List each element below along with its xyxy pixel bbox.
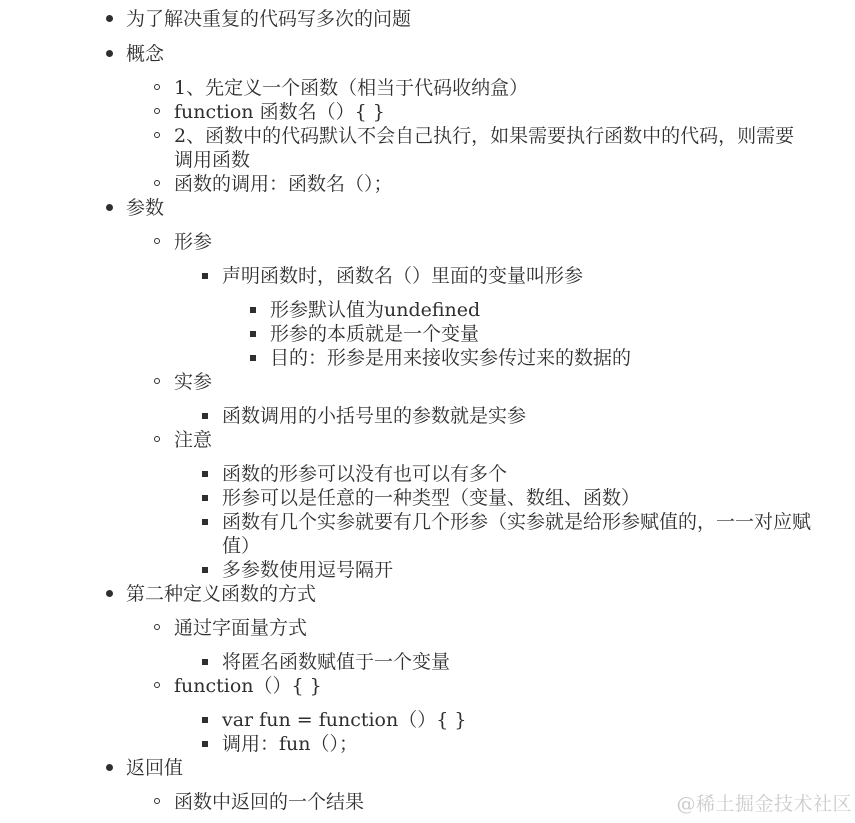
outline-item-text: 多参数使用逗号隔开: [222, 559, 393, 581]
outline-item: 调用：fun（）；: [222, 732, 813, 756]
square-bullet-icon: [250, 331, 256, 337]
square-bullet-icon: [250, 307, 256, 313]
outline-item-text: 概念: [126, 43, 164, 65]
square-bullet-icon: [202, 495, 208, 501]
outline-item-text: 函数有几个实参就要有几个形参（实参就是给形参赋值的，一一对应赋值）: [222, 511, 811, 557]
outline-item-text: 形参的本质就是一个变量: [270, 323, 479, 345]
outline-sublist: 将匿名函数赋值于一个变量: [222, 650, 813, 674]
outline-item: function（）{ } var fun = function（）{ } 调用…: [174, 674, 813, 756]
square-bullet-icon: [202, 567, 208, 573]
outline-item-text: 函数的形参可以没有也可以有多个: [222, 463, 507, 485]
outline-sublist: var fun = function（）{ } 调用：fun（）；: [222, 708, 813, 756]
outline-item-text: function 函数名（）{ }: [174, 101, 385, 123]
circle-bullet-icon: [154, 238, 160, 244]
outline-item: 函数的形参可以没有也可以有多个: [222, 462, 813, 486]
outline-item-text: 实参: [174, 371, 212, 393]
circle-bullet-icon: [154, 682, 160, 688]
outline-item-text: 调用：fun（）；: [222, 733, 358, 755]
outline-item-text: 形参默认值为undefined: [270, 299, 480, 321]
outline-item: 通过字面量方式 将匿名函数赋值于一个变量: [174, 616, 813, 674]
outline-item-text: 函数中返回的一个结果: [174, 791, 364, 813]
outline-item-text: function（）{ }: [174, 675, 322, 697]
outline-item-text: 参数: [126, 197, 164, 219]
disc-bullet-icon: [106, 204, 113, 211]
outline-list: 为了解决重复的代码写多次的问题 概念 1、先定义一个函数（相当于代码收纳盒） f…: [126, 7, 813, 814]
circle-bullet-icon: [154, 624, 160, 630]
outline-item-text: 函数调用的小括号里的参数就是实参: [222, 405, 526, 427]
circle-bullet-icon: [154, 436, 160, 442]
square-bullet-icon: [202, 717, 208, 723]
outline-item: 2、函数中的代码默认不会自己执行，如果需要执行函数中的代码，则需要调用函数: [174, 124, 813, 172]
circle-bullet-icon: [154, 180, 160, 186]
outline-item: 参数 形参 声明函数时，函数名（）里面的变量叫形参 形参默认值为undefine: [126, 196, 813, 582]
circle-bullet-icon: [154, 108, 160, 114]
outline-item: 形参的本质就是一个变量: [270, 322, 813, 346]
circle-bullet-icon: [154, 132, 160, 138]
outline-sublist: 1、先定义一个函数（相当于代码收纳盒） function 函数名（）{ } 2、…: [174, 76, 813, 196]
outline-item-text: 为了解决重复的代码写多次的问题: [126, 8, 411, 30]
square-bullet-icon: [202, 659, 208, 665]
square-bullet-icon: [202, 519, 208, 525]
outline-sublist: 通过字面量方式 将匿名函数赋值于一个变量 function（）{ }: [174, 616, 813, 756]
outline-item: 函数的调用：函数名（）；: [174, 172, 813, 196]
outline-item-text: 第二种定义函数的方式: [126, 583, 316, 605]
outline-item: 目的：形参是用来接收实参传过来的数据的: [270, 346, 813, 370]
outline-sublist: 形参默认值为undefined 形参的本质就是一个变量 目的：形参是用来接收实参…: [270, 298, 813, 370]
outline-item: var fun = function（）{ }: [222, 708, 813, 732]
outline-item-text: 通过字面量方式: [174, 617, 307, 639]
outline-item: 形参 声明函数时，函数名（）里面的变量叫形参 形参默认值为undefined: [174, 230, 813, 370]
outline-item-text: 形参: [174, 231, 212, 253]
outline-item: 注意 函数的形参可以没有也可以有多个 形参可以是任意的一种类型（变量、数组、函数…: [174, 428, 813, 582]
outline-item-text: var fun = function（）{ }: [222, 709, 466, 731]
square-bullet-icon: [202, 413, 208, 419]
outline-item: 为了解决重复的代码写多次的问题: [126, 7, 813, 31]
outline-item-text: 声明函数时，函数名（）里面的变量叫形参: [222, 265, 583, 287]
outline-item: 第二种定义函数的方式 通过字面量方式 将匿名函数赋值于一个变量 function…: [126, 582, 813, 756]
outline-item-text: 函数的调用：函数名（）；: [174, 173, 393, 195]
outline-sublist: 声明函数时，函数名（）里面的变量叫形参 形参默认值为undefined 形参的本…: [222, 264, 813, 370]
circle-bullet-icon: [154, 378, 160, 384]
outline-item-text: 目的：形参是用来接收实参传过来的数据的: [270, 347, 631, 369]
circle-bullet-icon: [154, 84, 160, 90]
outline-item: 函数调用的小括号里的参数就是实参: [222, 404, 813, 428]
square-bullet-icon: [202, 471, 208, 477]
square-bullet-icon: [250, 355, 256, 361]
outline-item: 形参默认值为undefined: [270, 298, 813, 322]
square-bullet-icon: [202, 273, 208, 279]
disc-bullet-icon: [106, 590, 113, 597]
outline-item-text: 形参可以是任意的一种类型（变量、数组、函数）: [222, 487, 640, 509]
watermark: @稀土掘金技术社区: [676, 792, 852, 816]
square-bullet-icon: [202, 741, 208, 747]
outline-item-text: 将匿名函数赋值于一个变量: [222, 651, 450, 673]
outline-item-text: 注意: [174, 429, 212, 451]
outline-item-text: 2、函数中的代码默认不会自己执行，如果需要执行函数中的代码，则需要调用函数: [174, 125, 794, 171]
outline-item: 形参可以是任意的一种类型（变量、数组、函数）: [222, 486, 813, 510]
outline-item: 概念 1、先定义一个函数（相当于代码收纳盒） function 函数名（）{ }…: [126, 42, 813, 196]
notes-document: 为了解决重复的代码写多次的问题 概念 1、先定义一个函数（相当于代码收纳盒） f…: [0, 0, 813, 814]
outline-item: 函数有几个实参就要有几个形参（实参就是给形参赋值的，一一对应赋值）: [222, 510, 813, 558]
outline-item: 声明函数时，函数名（）里面的变量叫形参 形参默认值为undefined 形参的本…: [222, 264, 813, 370]
disc-bullet-icon: [106, 15, 113, 22]
disc-bullet-icon: [106, 764, 113, 771]
outline-sublist: 函数调用的小括号里的参数就是实参: [222, 404, 813, 428]
outline-item: 将匿名函数赋值于一个变量: [222, 650, 813, 674]
outline-item: 多参数使用逗号隔开: [222, 558, 813, 582]
outline-item-text: 返回值: [126, 757, 183, 779]
outline-item: 1、先定义一个函数（相当于代码收纳盒）: [174, 76, 813, 100]
disc-bullet-icon: [106, 50, 113, 57]
circle-bullet-icon: [154, 798, 160, 804]
outline-item-text: 1、先定义一个函数（相当于代码收纳盒）: [174, 77, 528, 99]
outline-item: function 函数名（）{ }: [174, 100, 813, 124]
outline-sublist: 形参 声明函数时，函数名（）里面的变量叫形参 形参默认值为undefined: [174, 230, 813, 582]
outline-sublist: 函数的形参可以没有也可以有多个 形参可以是任意的一种类型（变量、数组、函数） 函…: [222, 462, 813, 582]
outline-item: 实参 函数调用的小括号里的参数就是实参: [174, 370, 813, 428]
